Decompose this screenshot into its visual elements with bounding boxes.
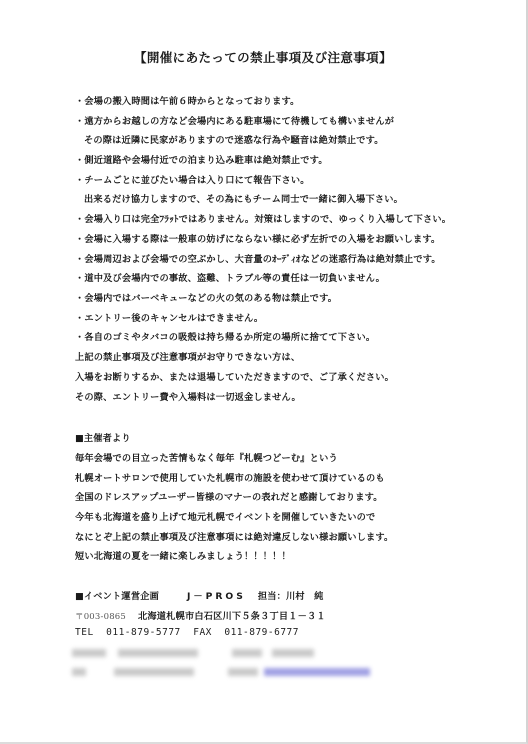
phone-row: TEL 011-879-5777 FAX 011-879-6777 bbox=[75, 627, 299, 638]
organizer-message-line: 全国のドレスアップユーザー皆様のマナーの表れだと感謝しております。 bbox=[75, 489, 383, 503]
tel-label: TEL bbox=[75, 627, 94, 638]
fax-number: 011-879-6777 bbox=[224, 627, 299, 638]
consequence-text: その際、エントリー費や入場料は一切返金しません。 bbox=[75, 389, 301, 403]
rule-item: ・会場の搬入時間は午前６時からとなっております。 bbox=[75, 93, 300, 107]
contact-heading: ■イベント運営企画 bbox=[75, 591, 159, 602]
consequence-text: 上記の禁止事項及び注意事項がお守りできない方は、 bbox=[75, 349, 300, 363]
rule-item: ・会場入り口は完全ﾌﾗｯﾄではありません。対策はしますので、ゆっくり入場して下さ… bbox=[75, 211, 451, 225]
company-name: J－PROS bbox=[187, 591, 246, 602]
address-row: 〒003-0865北海道札幌市白石区川下５条３丁目１－３１ bbox=[75, 608, 326, 622]
rule-item: ・チームごとに並びたい場合は入り口にて報告下さい。 bbox=[75, 172, 310, 186]
contact-heading-row: ■イベント運営企画J－PROS担当：川村 純 bbox=[75, 588, 324, 602]
rule-item: ・側近道路や会場付近での泊まり込み駐車は絶対禁止です。 bbox=[75, 152, 328, 166]
fax-label: FAX bbox=[193, 627, 212, 638]
rule-item-continuation: 出来るだけ協力しますので、その為にもチーム同士で一緒に御入場下さい。 bbox=[84, 191, 403, 205]
document-page: 【開催にあたっての禁止事項及び注意事項】 ・会場の搬入時間は午前６時からとなって… bbox=[0, 0, 528, 744]
rule-item: ・遠方からお越しの方など会場内にある駐車場にて待機しても構いませんが bbox=[75, 113, 394, 127]
rule-item-continuation: その際は近隣に民家がありますので迷惑な行為や騒音は絶対禁止です。 bbox=[84, 132, 384, 146]
organizer-heading: ■主催者より bbox=[75, 430, 131, 444]
organizer-message-line: 今年も北海道を盛り上げて地元札幌でイベントを開催していきたいので bbox=[75, 509, 375, 523]
organizer-message-line: なにとぞ上記の禁止事項及び注意事項には絶対違反しない様お願いします。 bbox=[75, 529, 393, 543]
rule-item: ・会場内ではバーベキューなどの火の気のある物は禁止です。 bbox=[75, 290, 337, 304]
rule-item: ・会場に入場する際は一般車の妨げにならない様に必ず左折での入場をお願いします。 bbox=[75, 231, 440, 245]
postal-code: 〒003-0865 bbox=[75, 612, 126, 622]
organizer-message-line: 毎年会場での目立った苦情もなく毎年『札幌つどーむ』という bbox=[75, 450, 338, 464]
contact-person: 担当：川村 純 bbox=[258, 591, 324, 602]
rule-item: ・会場周辺および会場での空ぶかし、大音量のｵｰﾃﾞｨｵなどの迷惑行為は絶対禁止で… bbox=[75, 251, 441, 265]
organizer-message-line: 札幌オートサロンで使用していた札幌市の施設を使わせて頂けているのも bbox=[75, 470, 385, 484]
document-title: 【開催にあたっての禁止事項及び注意事項】 bbox=[0, 48, 526, 66]
rule-item: ・各自のゴミやタバコの吸殻は持ち帰るか所定の場所に捨てて下さい。 bbox=[75, 329, 375, 343]
rule-item: ・道中及び会場内での事故、盗難、トラブル等の責任は一切負いません。 bbox=[75, 270, 385, 284]
tel-number: 011-879-5777 bbox=[106, 627, 181, 638]
consequence-text: 入場をお断りするか、または退場していただきますので、ご了承ください。 bbox=[75, 369, 394, 383]
rule-item: ・エントリー後のキャンセルはできません。 bbox=[75, 310, 263, 324]
organizer-message-line: 短い北海道の夏を一緒に楽しみましょう！！！！！ bbox=[75, 548, 291, 562]
address: 北海道札幌市白石区川下５条３丁目１－３１ bbox=[138, 611, 326, 622]
